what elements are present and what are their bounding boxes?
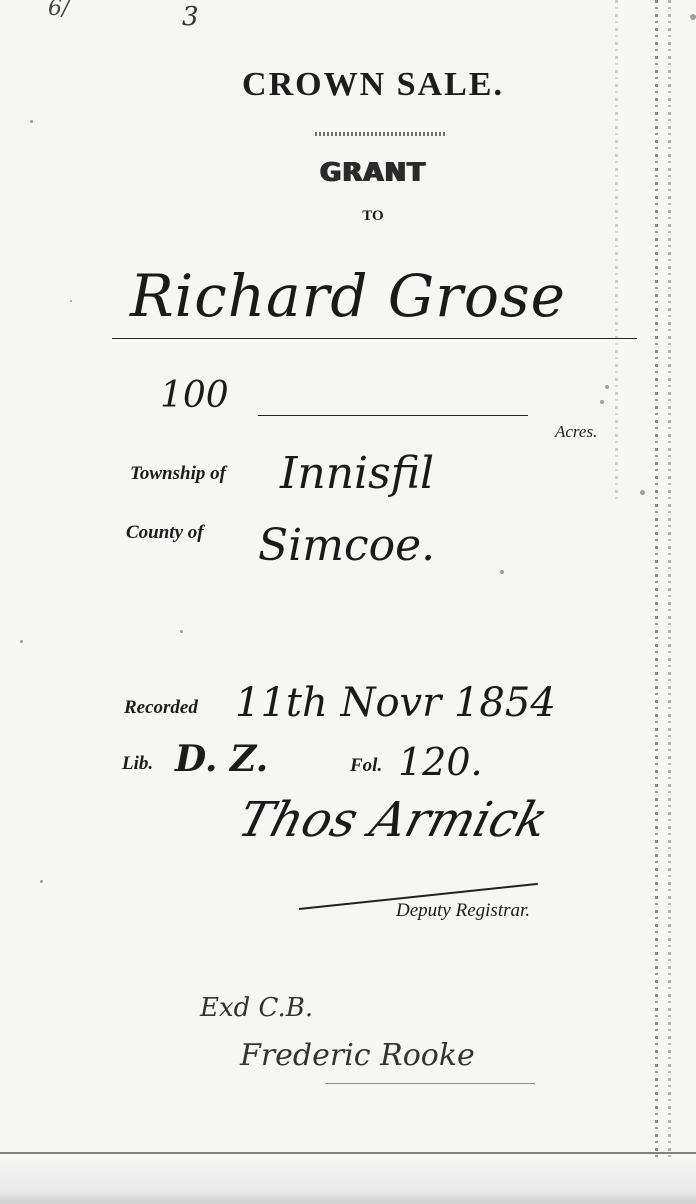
- scan-bottom-margin: [0, 1162, 696, 1204]
- ornamental-rule: [315, 132, 445, 136]
- recorded-date: 11th Novr 1854: [235, 680, 556, 726]
- fol-value: 120.: [398, 740, 483, 784]
- county-value: Simcoe.: [258, 520, 435, 571]
- acres-value: 100: [160, 375, 229, 416]
- clerk-underline: [325, 1083, 535, 1084]
- lib-label: Lib.: [122, 753, 153, 775]
- county-label: County of: [126, 522, 204, 544]
- lib-value: D. Z.: [175, 738, 268, 780]
- name-underline: [112, 338, 637, 339]
- to-label: TO: [0, 208, 696, 225]
- fol-label: Fol.: [350, 755, 382, 777]
- examined-note: Exd C.B.: [200, 993, 313, 1023]
- township-value: Innisfil: [280, 448, 434, 499]
- acres-underline: [258, 415, 528, 416]
- corner-mark: 6/: [48, 0, 69, 21]
- recorded-label: Recorded: [124, 697, 198, 719]
- document-subheading: GRANT: [0, 158, 696, 188]
- registrar-title: Deputy Registrar.: [396, 900, 530, 922]
- grantee-name: Richard Grose: [130, 262, 566, 330]
- clerk-signature: Frederic Rooke: [240, 1038, 475, 1073]
- corner-mark: 3: [182, 2, 199, 32]
- page-bottom-edge: [0, 1152, 696, 1154]
- township-label: Township of: [130, 463, 226, 485]
- registrar-signature: Thos Armick: [232, 792, 553, 848]
- acres-label: Acres.: [555, 422, 597, 442]
- grant-document-page: 6/ 3 CROWN SALE. GRANT TO Richard Grose …: [0, 0, 696, 1160]
- document-heading: CROWN SALE.: [0, 66, 696, 104]
